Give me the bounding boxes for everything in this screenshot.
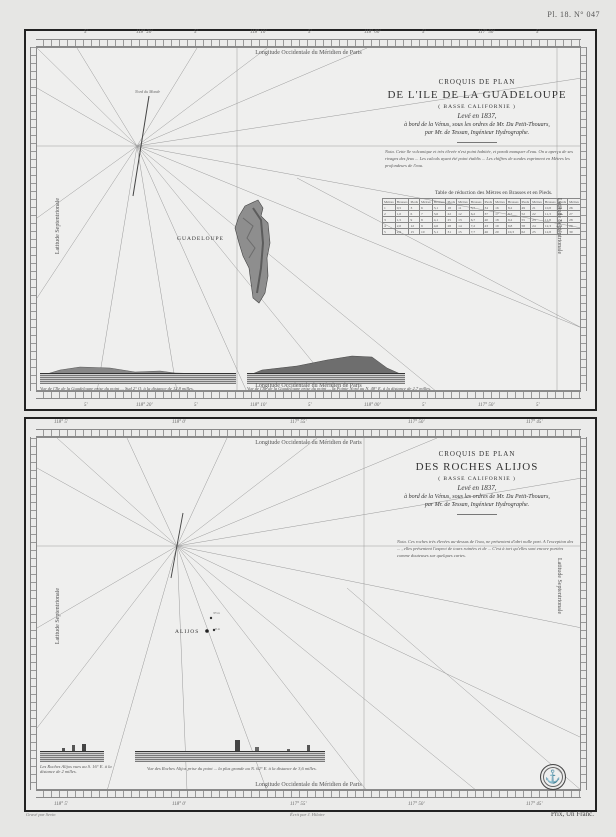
scale-tick-label: 117° 50' <box>478 30 494 35</box>
profile-sea <box>40 751 104 762</box>
chart-main-title: DE L'ILE DE LA GUADELOUPE <box>377 89 577 101</box>
scale-tick-label: 118° 20' <box>136 30 152 35</box>
latitude-label-left: Latitude Septentrionale <box>55 588 61 644</box>
scale-tick-label: 118° 0' <box>172 420 186 425</box>
scale-tick-label: 118° 10' <box>250 403 266 408</box>
scale-tick-label: 5' <box>308 30 312 35</box>
svg-text:8 m: 8 m <box>215 627 221 631</box>
scale-tick-label: 117° 50' <box>478 403 494 408</box>
scale-tick-label: 118° 5' <box>54 802 68 807</box>
profile-sea <box>135 751 325 762</box>
scale-tick-label: 5' <box>84 403 88 408</box>
chart-title-guadeloupe: CROQUIS DE PLAN DE L'ILE DE LA GUADELOUP… <box>377 78 577 143</box>
scale-bar-top <box>36 39 581 47</box>
compass-label: Nord du Monde <box>134 89 160 94</box>
scale-tick-label: 118° 20' <box>136 403 152 408</box>
profile-silhouette <box>135 734 325 752</box>
chart-guadeloupe: 5' 118° 20' 5' 118° 10' 5' 118° 00' 5' 1… <box>24 29 593 409</box>
title-survey-year: Levé en 1837, <box>377 112 577 120</box>
title-region: ( BASSE CALIFORNIE ) <box>377 476 577 482</box>
scale-tick-label: 5' <box>308 403 312 408</box>
latitude-label-left: Latitude Septentrionale <box>55 198 61 254</box>
scale-tick-label: 117° 55' <box>290 802 306 807</box>
scale-tick-label: 118° 00' <box>364 30 380 35</box>
map-area-alijos[interactable]: 33 m 8 m ALIJOS CROQUIS DE PLAN DES ROCH… <box>36 437 581 790</box>
scale-tick-label: 117° 45' <box>526 420 542 425</box>
profile-caption-left: Les Roches Alijos vues au S. 16° E. à la… <box>40 764 120 774</box>
conversion-table-title: Table de réduction des Mètres en Brasses… <box>382 190 581 196</box>
latitude-label-right: Latitude Septentrionale <box>556 558 562 614</box>
coastal-profile-right <box>247 354 405 384</box>
scale-tick-label: 118° 10' <box>250 30 266 35</box>
title-hydrographer: par Mr. de Tessan, Ingénieur Hydrographe… <box>377 130 577 136</box>
scale-tick-label: 117° 50' <box>408 420 424 425</box>
chart-note-guadeloupe: Nota. Cette île volcanique et très élevé… <box>385 148 575 169</box>
scale-tick-label: 5' <box>536 403 540 408</box>
longitude-label-top: Longitude Occidentale du Méridien de Par… <box>37 440 580 446</box>
rocks-profile-left <box>40 740 104 762</box>
scale-tick-label: 117° 45' <box>526 802 542 807</box>
panel-divider <box>24 409 597 419</box>
title-line: CROQUIS DE PLAN <box>377 78 577 86</box>
title-divider <box>457 514 497 515</box>
table-header: Brasses <box>580 199 581 205</box>
scale-tick-label: 117° 50' <box>408 802 424 807</box>
title-line: CROQUIS DE PLAN <box>377 450 577 458</box>
scale-tick-label: 5' <box>422 30 426 35</box>
table-row: 52,615105,131157,7462010,3622512,8773015… <box>383 229 582 235</box>
scale-bar-bottom <box>36 391 581 399</box>
title-hydrographer: par Mr. de Tessan, Ingénieur Hydrographe… <box>377 502 577 508</box>
scale-bar-top <box>36 429 581 437</box>
svg-text:33 m: 33 m <box>213 611 220 615</box>
title-divider <box>457 142 497 143</box>
rock-marker <box>205 629 209 633</box>
scale-tick-label: 5' <box>194 30 198 35</box>
island-label-alijos: ALIJOS <box>175 629 199 635</box>
conversion-table: Table de réduction des Mètres en Brasses… <box>382 190 581 235</box>
profile-caption-right: Vue des Roches Alijos prise du point ...… <box>147 766 317 771</box>
longitude-label-bottom: Longitude Occidentale du Méridien de Par… <box>37 782 580 788</box>
title-ship-commander: à bord de la Vénus, sous les ordres de M… <box>377 494 577 500</box>
conversion-table-grid: MètresBrassesPieds MètresBrassesPieds Mè… <box>382 198 581 235</box>
chart-note-alijos: Nota. Ces roches très élevées au-dessus … <box>397 538 577 559</box>
longitude-label-top: Longitude Occidentale du Méridien de Par… <box>37 50 580 56</box>
title-survey-year: Levé en 1837, <box>377 484 577 492</box>
chart-main-title: DES ROCHES ALIJOS <box>377 461 577 473</box>
chart-title-alijos: CROQUIS DE PLAN DES ROCHES ALIJOS ( BASS… <box>377 450 577 515</box>
latitude-scale-right <box>580 47 587 391</box>
latitude-scale-right <box>580 437 587 790</box>
map-area-guadeloupe[interactable]: Nord du Monde GUADELOUPE CROQUIS DE PLAN… <box>36 47 581 391</box>
longitude-label-bottom: Longitude Occidentale du Méridien de Par… <box>37 383 580 389</box>
lettering-credit: Écrit par J. Hilaire <box>290 812 325 817</box>
scale-tick-label: 5' <box>422 403 426 408</box>
rocks-profile-right <box>135 734 325 762</box>
scale-tick-label: 5' <box>194 403 198 408</box>
anchor-icon: ⚓ <box>540 764 566 790</box>
title-region: ( BASSE CALIFORNIE ) <box>377 104 577 110</box>
scale-tick-label: 118° 00' <box>364 403 380 408</box>
title-ship-commander: à bord de la Vénus, sous les ordres de M… <box>377 122 577 128</box>
rock-marker <box>210 617 212 619</box>
scale-tick-label: 5' <box>84 30 88 35</box>
scale-tick-label: 118° 0' <box>172 802 186 807</box>
scale-tick-label: 118° 5' <box>54 420 68 425</box>
engraver-credit: Gravé par Sevin <box>26 812 56 817</box>
island-label-guadeloupe: GUADELOUPE <box>177 236 224 242</box>
latitude-label-right: Latitude Septentrionale <box>556 198 562 254</box>
plate-number: Pl. 18. N° 047 <box>547 10 600 19</box>
price-label: Prix, Un Franc. <box>551 810 594 818</box>
scale-tick-label: 117° 55' <box>290 420 306 425</box>
scale-bar-bottom <box>36 790 581 798</box>
guadeloupe-island-relief <box>223 198 283 308</box>
coastal-profile-left <box>40 362 236 384</box>
scale-tick-label: 5' <box>536 30 540 35</box>
chart-alijos: 118° 5' 118° 0' 117° 55' 117° 50' 117° 4… <box>24 419 593 808</box>
